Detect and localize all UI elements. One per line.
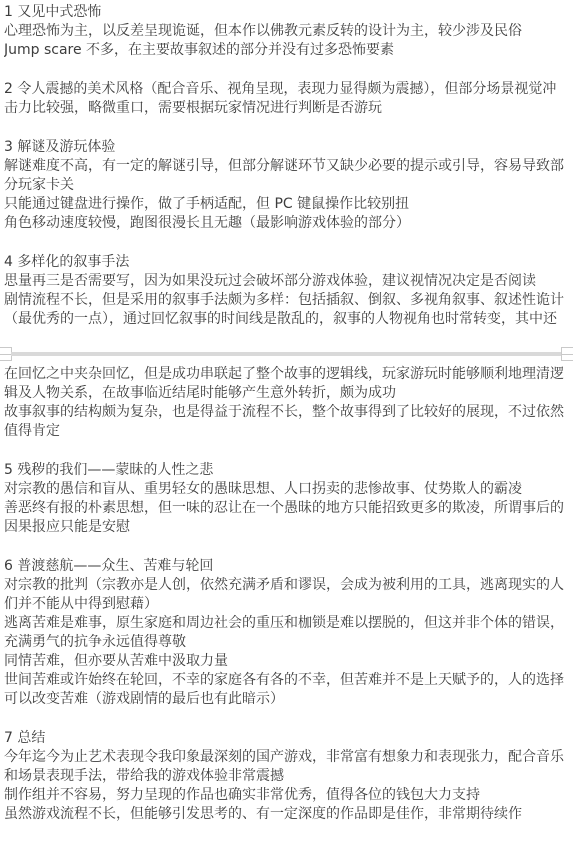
text-line: 击力比较强，略微重口，需要根据玩家情况进行判断是否游玩 xyxy=(4,99,573,118)
text-line: 虽然游戏流程不长，但能够引发思考的、有一定深度的作品即是佳作，非常期待续作 xyxy=(4,805,573,824)
section-5-humanity-sorrow: 5 残秽的我们——蒙昧的人性之悲对宗教的愚信和盲从、重男轻女的愚昧思想、人口拐卖… xyxy=(4,461,573,537)
text-line: 逃离苦难是难事，原生家庭和周边社会的重压和枷锁是难以摆脱的，但这并非个体的错误， xyxy=(4,614,573,633)
document-body: 1 又见中式恐怖心理恐怖为主，以反差呈现诡诞，但本作以佛教元素反转的设计为主，较… xyxy=(4,3,573,824)
text-line: 对宗教的愚信和盲从、重男轻女的愚昧思想、人口拐卖的悲惨故事、仗势欺人的霸凌 xyxy=(4,480,573,499)
text-line: 们并不能从中得到慰藉） xyxy=(4,595,573,614)
text-line: 世间苦难或许始终在轮回，不幸的家庭各有各的不幸，但苦难并不是上天赋予的，人的选择 xyxy=(4,671,573,690)
text-line: 2 令人震撼的美术风格（配合音乐、视角呈现，表现力显得颇为震撼），但部分场景视觉… xyxy=(4,80,573,99)
page-gap-band xyxy=(11,352,562,356)
section-heading: 6 普渡慈航——众生、苦难与轮回 xyxy=(4,557,573,576)
document-page: 1 又见中式恐怖心理恐怖为主，以反差呈现诡诞，但本作以佛教元素反转的设计为主，较… xyxy=(0,0,573,863)
text-line: （最优秀的一点），通过回忆叙事的时间线是散乱的，叙事的人物视角也时常转变，其中还 xyxy=(4,310,573,329)
section-4-narrative-part-2: 在回忆之中夹杂回忆，但是成功串联起了整个故事的逻辑线，玩家游玩时能够顺利地理清逻… xyxy=(4,365,573,441)
section-heading: 1 又见中式恐怖 xyxy=(4,3,573,22)
text-line: 因果报应只能是安慰 xyxy=(4,518,573,537)
text-line: 分玩家卡关 xyxy=(4,176,573,195)
section-heading: 4 多样化的叙事手法 xyxy=(4,253,573,272)
text-line: 辑及人物关系，在故事临近结尾时能够产生意外转折，颇为成功 xyxy=(4,384,573,403)
text-line: 和场景表现手法，带给我的游戏体验非常震撼 xyxy=(4,767,573,786)
text-line: 制作组并不容易，努力呈现的作品也确实非常优秀，值得各位的钱包大力支持 xyxy=(4,786,573,805)
text-line: 只能通过键盘进行操作，做了手柄适配，但 PC 键鼠操作比较别扭 xyxy=(4,195,573,214)
text-line: 解谜难度不高，有一定的解谜引导，但部分解谜环节又缺少必要的提示或引导，容易导致部 xyxy=(4,157,573,176)
text-line: 今年迄今为止艺术表现令我印象最深刻的国产游戏，非常富有想象力和表现张力，配合音乐 xyxy=(4,748,573,767)
page-break-indicator xyxy=(0,347,573,361)
text-line: 在回忆之中夹杂回忆，但是成功串联起了整个故事的逻辑线，玩家游玩时能够顺利地理清逻 xyxy=(4,365,573,384)
text-line: 思量再三是否需要写，因为如果没玩过会破坏部分游戏体验，建议视情况决定是否阅读 xyxy=(4,272,573,291)
text-line: Jump scare 不多，在主要故事叙述的部分并没有过多恐怖要素 xyxy=(4,41,573,60)
section-2-art-style: 2 令人震撼的美术风格（配合音乐、视角呈现，表现力显得颇为震撼），但部分场景视觉… xyxy=(4,80,573,118)
section-heading: 5 残秽的我们——蒙昧的人性之悲 xyxy=(4,461,573,480)
section-4-narrative-part-1: 4 多样化的叙事手法思量再三是否需要写，因为如果没玩过会破坏部分游戏体验，建议视… xyxy=(4,253,573,329)
text-line: 可以改变苦难（游戏剧情的最后也有此暗示） xyxy=(4,690,573,709)
text-line: 值得肯定 xyxy=(4,422,573,441)
text-line: 善恶终有报的朴素思想，但一味的忍让在一个愚昧的地方只能招致更多的欺凌，所谓事后的 xyxy=(4,499,573,518)
section-7-summary: 7 总结今年迄今为止艺术表现令我印象最深刻的国产游戏，非常富有想象力和表现张力，… xyxy=(4,729,573,824)
text-line: 角色移动速度较慢，跑图很漫长且无趣（最影响游戏体验的部分） xyxy=(4,214,573,233)
section-3-puzzle-gameplay: 3 解谜及游玩体验解谜难度不高，有一定的解谜引导，但部分解谜环节又缺少必要的提示… xyxy=(4,138,573,233)
page-corner-right-icon xyxy=(561,347,573,361)
section-1-chinese-horror: 1 又见中式恐怖心理恐怖为主，以反差呈现诡诞，但本作以佛教元素反转的设计为主，较… xyxy=(4,3,573,60)
text-line: 同情苦难，但亦要从苦难中汲取力量 xyxy=(4,652,573,671)
section-heading: 7 总结 xyxy=(4,729,573,748)
text-line: 充满勇气的抗争永远值得尊敬 xyxy=(4,633,573,652)
text-line: 对宗教的批判（宗教亦是人创，依然充满矛盾和谬误，会成为被利用的工具，逃离现实的人 xyxy=(4,576,573,595)
text-line: 剧情流程不长，但是采用的叙事手法颇为多样：包括插叙、倒叙、多视角叙事、叙述性诡计 xyxy=(4,291,573,310)
text-line: 故事叙事的结构颇为复杂，也是得益于流程不长，整个故事得到了比较好的展现，不过依然 xyxy=(4,403,573,422)
section-heading: 3 解谜及游玩体验 xyxy=(4,138,573,157)
section-6-suffering-samsara: 6 普渡慈航——众生、苦难与轮回对宗教的批判（宗教亦是人创，依然充满矛盾和谬误，… xyxy=(4,557,573,709)
text-line: 心理恐怖为主，以反差呈现诡诞，但本作以佛教元素反转的设计为主，较少涉及民俗 xyxy=(4,22,573,41)
